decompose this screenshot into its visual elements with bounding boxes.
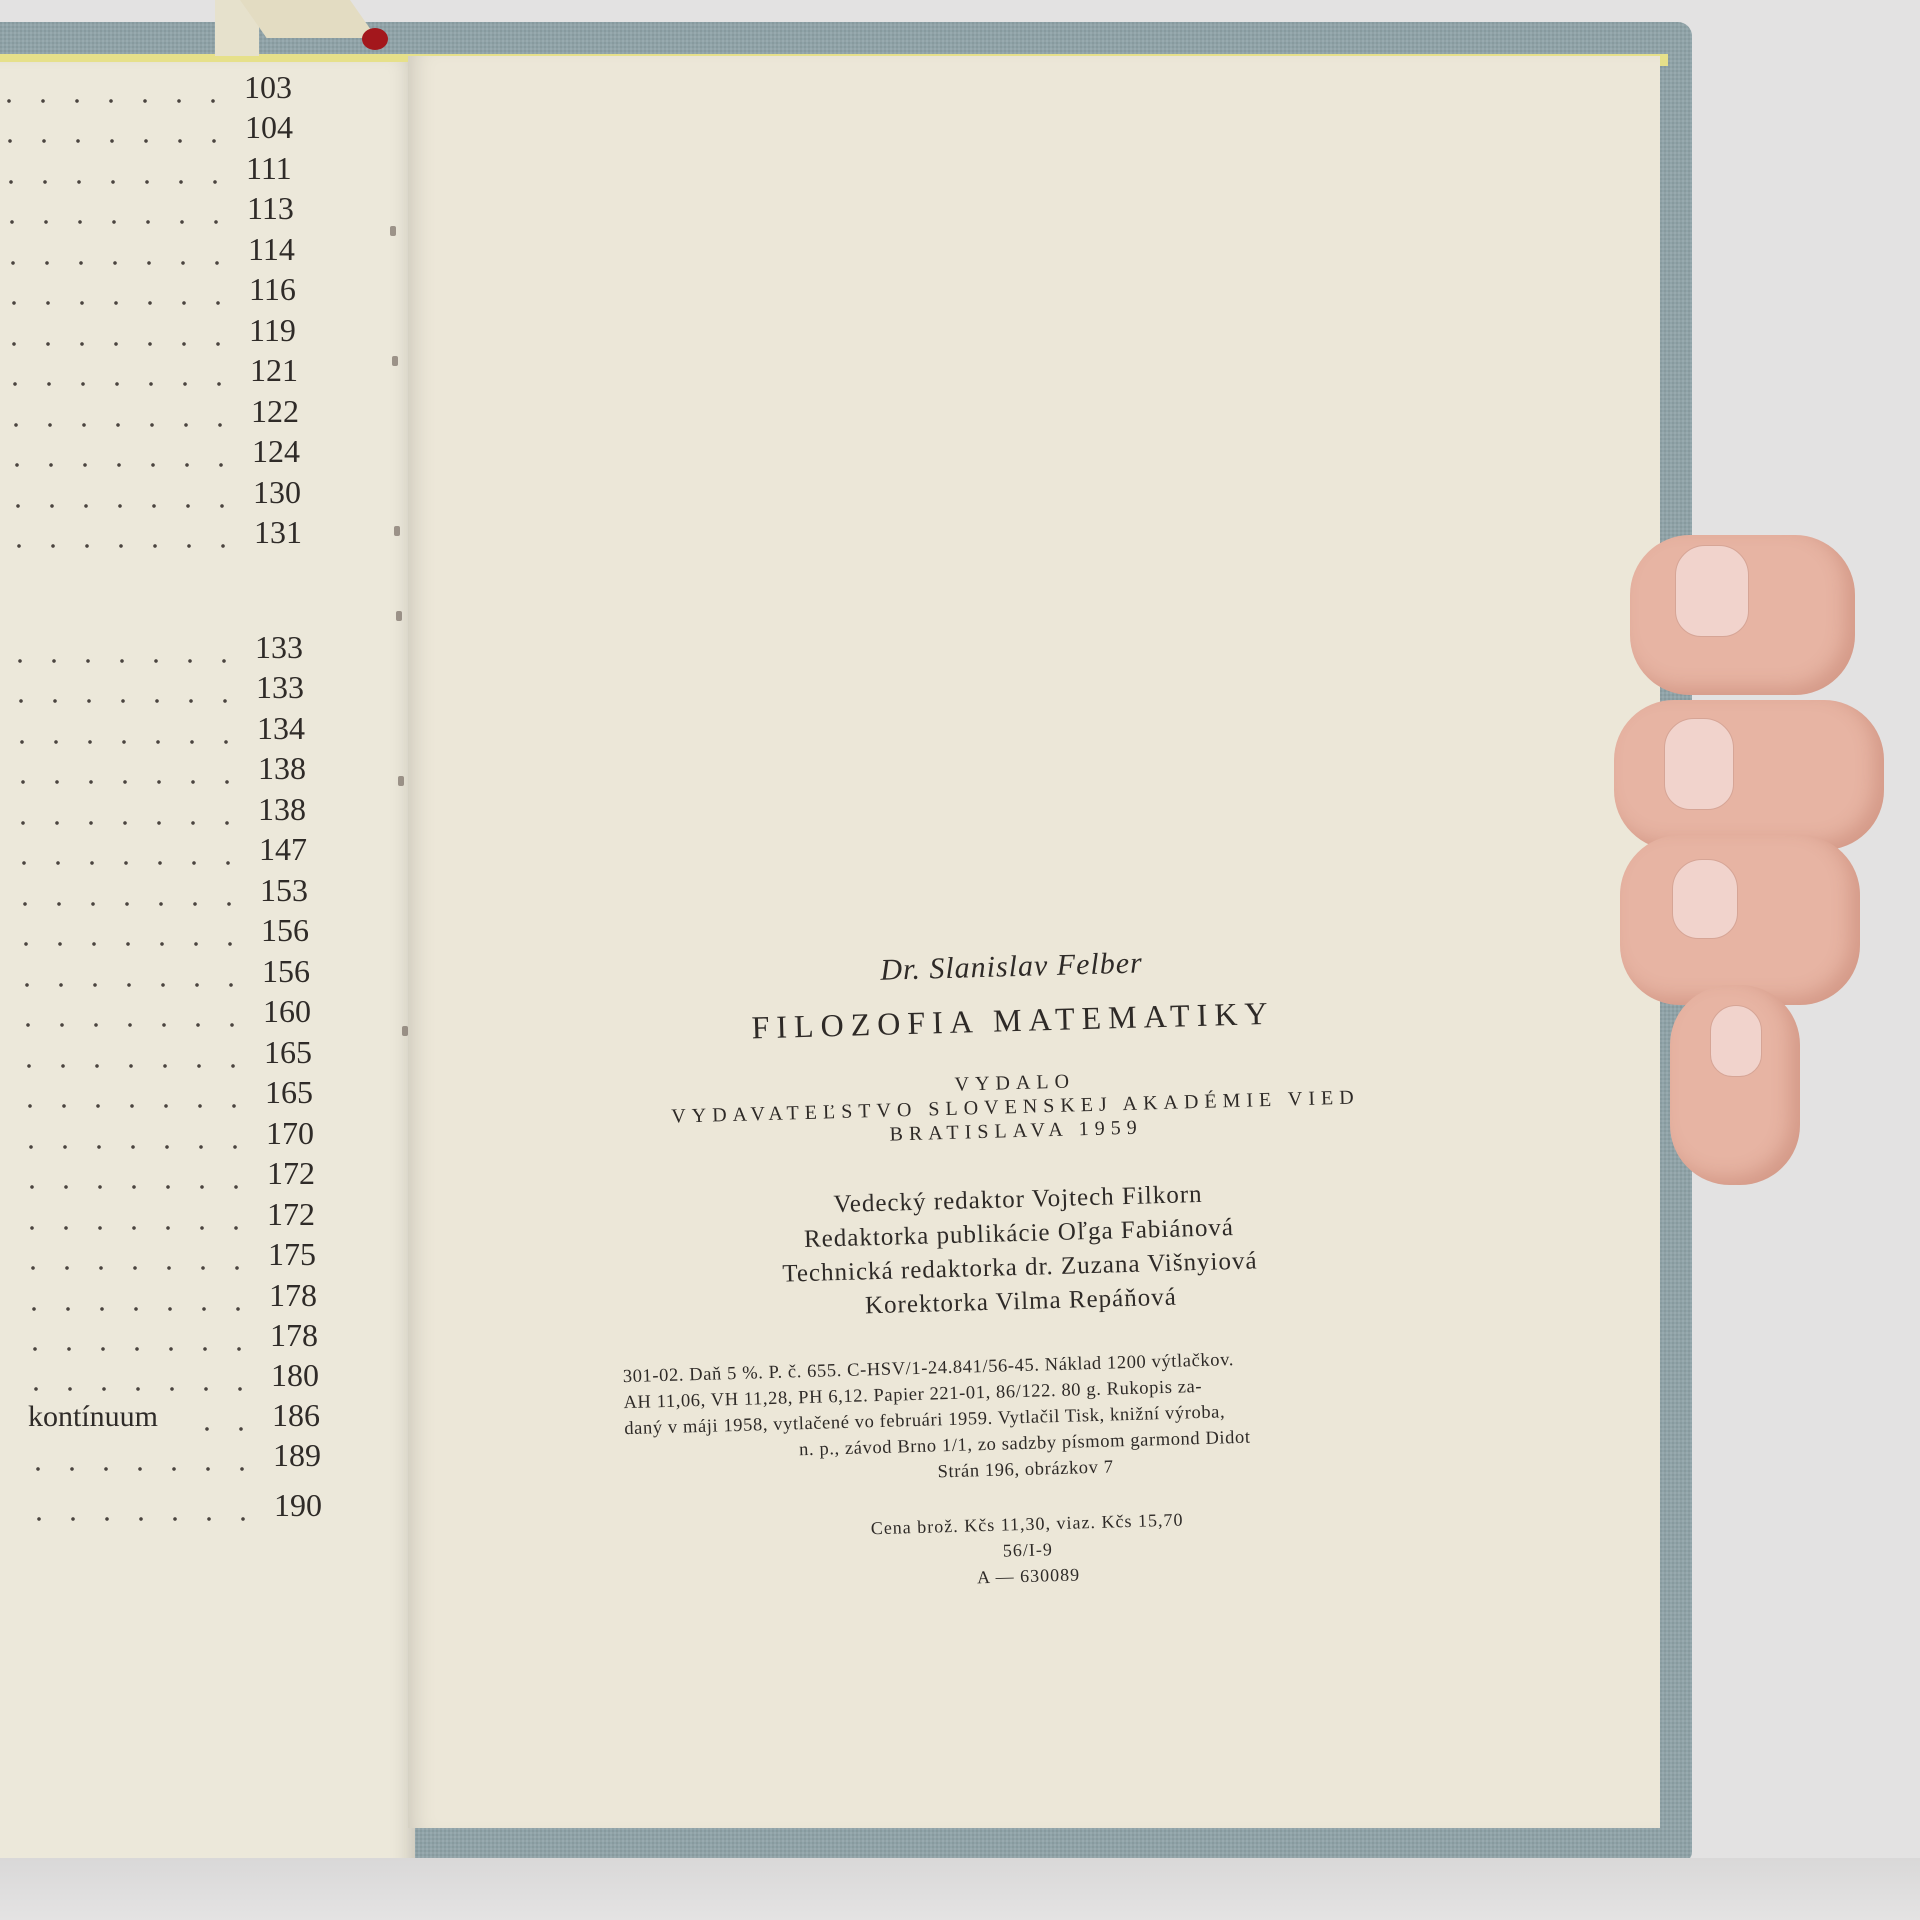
toc-page-number: 134 xyxy=(257,710,313,747)
toc-entry: 104 xyxy=(1,112,301,146)
toc-page-number: 178 xyxy=(269,1277,325,1314)
toc-leader-dots xyxy=(20,1061,250,1071)
toc-leader-dots xyxy=(8,460,238,470)
toc-leader-dots xyxy=(3,217,233,227)
toc-leader-dots xyxy=(15,858,245,868)
toc-page-number: 131 xyxy=(254,514,310,551)
toc-page-number: 180 xyxy=(271,1357,327,1394)
toc-entry: 138 xyxy=(14,753,314,787)
toc-leader-dots xyxy=(23,1182,253,1192)
toc-page-number: 190 xyxy=(274,1487,330,1524)
toc-leader-dots xyxy=(4,258,234,268)
binding-stitch xyxy=(396,611,402,621)
binding-stitch xyxy=(392,356,398,366)
toc-entry: 160 xyxy=(19,996,319,1030)
binding-stitch xyxy=(390,226,396,236)
toc-leader-dots xyxy=(13,737,243,747)
toc-page-number: 156 xyxy=(262,953,318,990)
toc-entry: 134 xyxy=(13,713,313,747)
toc-page-number: 170 xyxy=(266,1115,322,1152)
toc-leader-dots xyxy=(14,818,244,828)
toc-leader-dots xyxy=(26,1344,256,1354)
holding-hand xyxy=(1620,535,1890,1195)
toc-leader-dots xyxy=(11,656,241,666)
toc-entry: 190 xyxy=(30,1490,330,1524)
toc-entry: 156 xyxy=(18,956,318,990)
toc-entry: 131 xyxy=(10,517,310,551)
toc-page-number: 156 xyxy=(261,912,317,949)
toc-leader-dots xyxy=(16,899,246,909)
publisher-block: VYDALO VYDAVATEĽSTVO SLOVENSKEJ AKADÉMIE… xyxy=(615,1060,1417,1154)
toc-entry: 153 xyxy=(16,875,316,909)
toc-page-number: 114 xyxy=(248,231,304,268)
toc-entry: 180 xyxy=(27,1360,327,1394)
binding-stitch xyxy=(402,1026,408,1036)
finger xyxy=(1614,700,1884,850)
toc-page-number: 103 xyxy=(244,69,300,106)
toc-page-number: 121 xyxy=(250,352,306,389)
toc-entry: 133 xyxy=(12,672,312,706)
toc-leader-dots xyxy=(9,501,239,511)
toc-entry: 170 xyxy=(22,1118,322,1152)
toc-leader-dots xyxy=(10,541,240,551)
toc-page-number: 153 xyxy=(260,872,316,909)
toc-entry: 124 xyxy=(8,436,308,470)
toc-entry: 147 xyxy=(15,834,315,868)
toc-entry: 178 xyxy=(26,1320,326,1354)
toc-leader-dots xyxy=(27,1384,257,1394)
toc-page-number: 113 xyxy=(247,190,303,227)
imprint-details: 301-02. Daň 5 %. P. č. 655. C-HSV/1-24.8… xyxy=(622,1342,1425,1494)
fingernail xyxy=(1710,1005,1762,1077)
toc-leader-dots xyxy=(180,1424,258,1434)
toc-entry: 138 xyxy=(14,794,314,828)
toc-entry: 116 xyxy=(5,274,305,308)
toc-page-number: 124 xyxy=(252,433,308,470)
book-title: FILOZOFIA MATEMATIKY xyxy=(613,991,1414,1050)
toc-entry: 103 xyxy=(0,72,300,106)
toc-page-number: 172 xyxy=(267,1155,323,1192)
toc-leader-dots xyxy=(5,298,235,308)
editorial-credits: Vedecký redaktor Vojtech Filkorn Redakto… xyxy=(618,1172,1421,1330)
finger xyxy=(1670,985,1800,1185)
binding-stitch xyxy=(398,776,404,786)
toc-entry: 175 xyxy=(24,1239,324,1273)
toc-page-number: 172 xyxy=(267,1196,323,1233)
toc-entry: 130 xyxy=(9,477,309,511)
toc-entry: 156 xyxy=(17,915,317,949)
toc-leader-dots xyxy=(24,1263,254,1273)
toc-leader-dots xyxy=(29,1464,259,1474)
toc-entry: 178 xyxy=(25,1280,325,1314)
toc-entry: 113 xyxy=(3,193,303,227)
toc-leader-dots xyxy=(7,420,237,430)
fingernail xyxy=(1664,718,1734,810)
toc-leader-dots xyxy=(14,777,244,787)
toc-leader-dots xyxy=(25,1304,255,1314)
toc-page-number: 119 xyxy=(249,312,305,349)
toc-leader-dots xyxy=(2,177,232,187)
toc-page-number: 133 xyxy=(256,669,312,706)
toc-page-number: 133 xyxy=(255,629,311,666)
toc-leader-dots xyxy=(17,939,247,949)
toc-entry: 165 xyxy=(20,1037,320,1071)
table-surface xyxy=(0,1858,1920,1920)
toc-leader-dots xyxy=(6,379,236,389)
finger xyxy=(1620,835,1860,1005)
toc-page-number: 104 xyxy=(245,109,301,146)
toc-leader-dots xyxy=(12,696,242,706)
toc-entry-label: kontínuum xyxy=(28,1400,158,1434)
toc-page-number: 189 xyxy=(273,1437,329,1474)
toc-leader-dots xyxy=(19,1020,249,1030)
toc-leader-dots xyxy=(18,980,248,990)
toc-leader-dots xyxy=(22,1142,252,1152)
binding-stitch xyxy=(394,526,400,536)
toc-entry: 165 xyxy=(21,1077,321,1111)
toc-page-number: 186 xyxy=(272,1397,328,1434)
toc-entry: 172 xyxy=(23,1158,323,1192)
toc-page-number: 116 xyxy=(249,271,305,308)
toc-page-number: 147 xyxy=(259,831,315,868)
toc-leader-dots xyxy=(30,1514,260,1524)
toc-page-number: 122 xyxy=(251,393,307,430)
colophon: Dr. Slanislav Felber FILOZOFIA MATEMATIK… xyxy=(611,939,1429,1600)
left-page-contents: 1031041111131141161191211221241301311331… xyxy=(0,62,415,1920)
toc-leader-dots xyxy=(5,339,235,349)
toc-entry: 122 xyxy=(7,396,307,430)
toc-page-number: 178 xyxy=(270,1317,326,1354)
toc-page-number: 130 xyxy=(253,474,309,511)
toc-page-number: 111 xyxy=(246,150,302,187)
toc-entry: 111 xyxy=(2,153,302,187)
toc-entry: 172 xyxy=(23,1199,323,1233)
toc-page-number: 175 xyxy=(268,1236,324,1273)
toc-entry: kontínuum186 xyxy=(28,1400,328,1434)
fingernail xyxy=(1675,545,1749,637)
finger xyxy=(1630,535,1855,695)
toc-entry: 189 xyxy=(29,1440,329,1474)
toc-entry: 133 xyxy=(11,632,311,666)
toc-page-number: 160 xyxy=(263,993,319,1030)
toc-page-number: 165 xyxy=(265,1074,321,1111)
toc-leader-dots xyxy=(1,136,231,146)
toc-page-number: 165 xyxy=(264,1034,320,1071)
headband-red xyxy=(362,28,388,50)
toc-entry: 121 xyxy=(6,355,306,389)
toc-entry: 114 xyxy=(4,234,304,268)
toc-page-number: 138 xyxy=(258,750,314,787)
fingernail xyxy=(1672,859,1738,939)
toc-leader-dots xyxy=(23,1223,253,1233)
toc-leader-dots xyxy=(21,1101,251,1111)
toc-entry: 119 xyxy=(5,315,305,349)
toc-leader-dots xyxy=(0,96,230,106)
toc-page-number: 138 xyxy=(258,791,314,828)
